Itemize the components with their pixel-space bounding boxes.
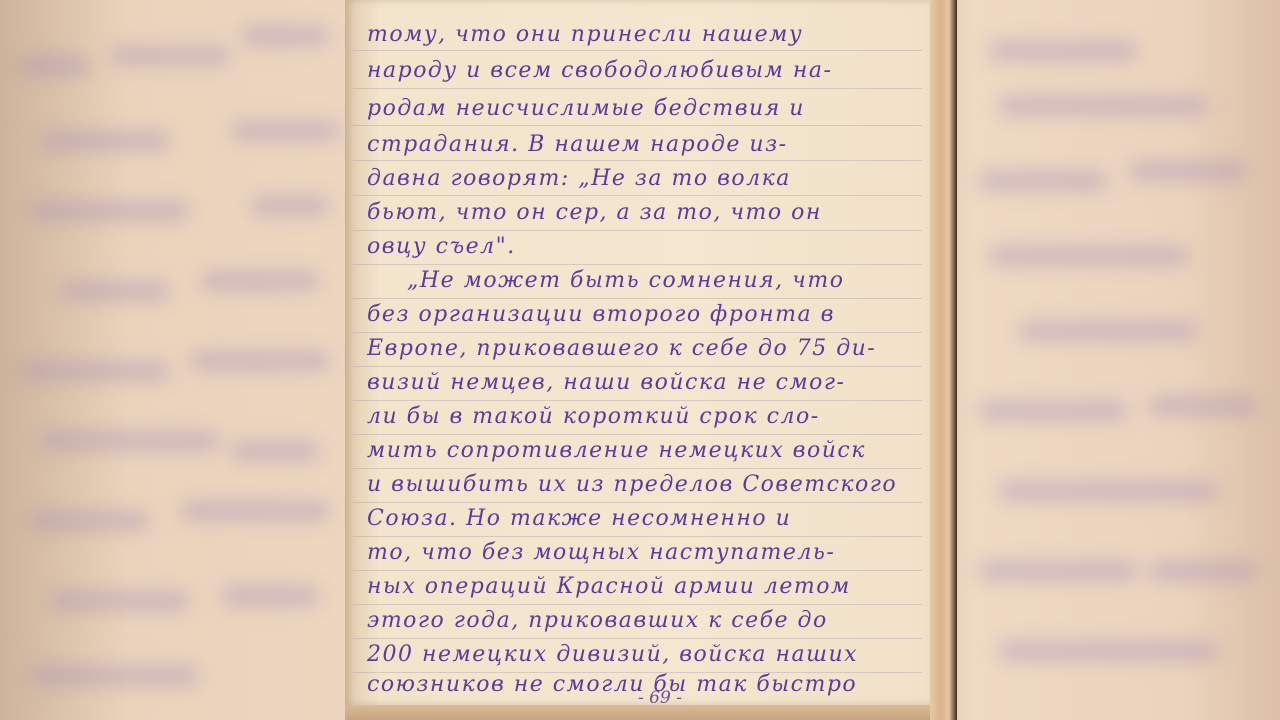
handwritten-line: Союза. Но также несомненно и (367, 506, 952, 531)
page-stack-edge (930, 0, 957, 720)
handwritten-line: Европе, приковавшего к себе до 75 ди- (367, 336, 952, 361)
handwritten-line: „Не может быть сомнения, что (407, 268, 992, 293)
handwritten-line: ных операций Красной армии летом (367, 574, 952, 599)
handwritten-line: родам неисчислимые бедствия и (367, 96, 952, 121)
handwritten-line: визий немцев, наши войска не смог- (367, 370, 952, 395)
handwritten-line: страдания. В нашем народе из- (367, 132, 952, 157)
handwritten-line: этого года, приковавших к себе до (367, 608, 952, 633)
handwritten-line: и вышибить их из пределов Советского (367, 472, 952, 497)
scan-viewer: тому, что они принесли нашему народу и в… (0, 0, 1280, 720)
handwritten-line: то, что без мощных наступатель- (367, 540, 952, 565)
handwritten-line: бьют, что он сер, а за то, что он (367, 200, 952, 225)
handwritten-line: мить сопротивление немецких войск (367, 438, 952, 463)
page-bottom-edge (345, 705, 930, 720)
handwritten-line: овцу съел". (367, 234, 952, 259)
handwritten-line: 200 немецких дивизий, войска наших (367, 642, 952, 667)
handwritten-line: без организации второго фронта в (367, 302, 952, 327)
blurred-background-left (0, 0, 345, 720)
handwritten-line: давна говорят: „Не за то волка (367, 166, 952, 191)
blurred-background-right (958, 0, 1280, 720)
notebook-page: тому, что они принесли нашему народу и в… (345, 0, 957, 720)
handwritten-line: ли бы в такой короткий срок сло- (367, 404, 952, 429)
handwritten-line: тому, что они принесли нашему (367, 22, 952, 47)
page-paper: тому, что они принесли нашему народу и в… (345, 0, 930, 705)
handwritten-line: народу и всем свободолюбивым на- (367, 58, 952, 83)
